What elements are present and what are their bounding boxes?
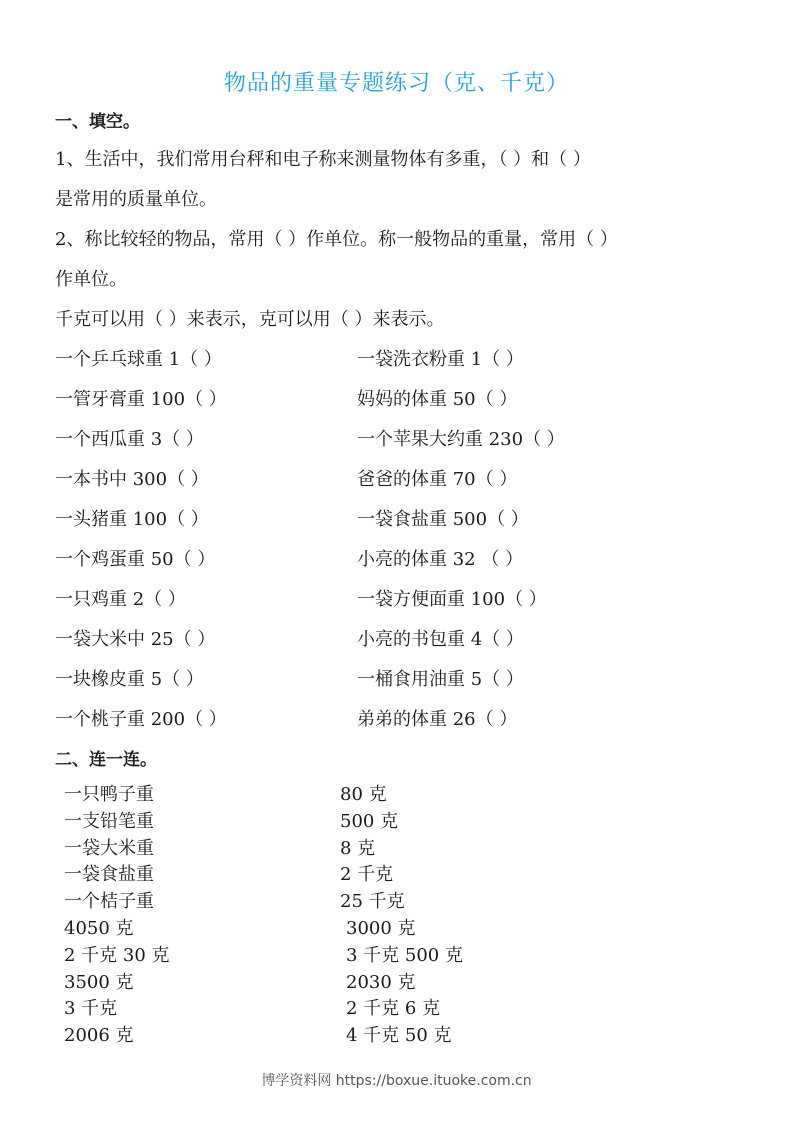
fill-item-left: 一本书中 300（ ）	[55, 468, 209, 492]
match-left-item: 3 千克	[64, 998, 117, 1020]
fill-item-left: 一袋大米中 25（ ）	[55, 628, 215, 652]
fill-item-right: 一桶食用油重 5（ ）	[357, 668, 524, 692]
fill-item-left: 一块橡皮重 5（ ）	[55, 668, 204, 692]
question-1-line-1: 1、生活中，我们常用台秤和电子称来测量物体有多重，（ ）和（ ）	[55, 148, 591, 172]
footer-source: 博学资料网 https://boxue.ituoke.com.cn	[0, 1070, 793, 1090]
match-left-item: 一支铅笔重	[64, 811, 154, 833]
fill-item-left: 一管牙膏重 100（ ）	[55, 388, 227, 412]
match-right-item: 8 克	[340, 838, 375, 860]
fill-item-right: 一袋方便面重 100（ ）	[357, 588, 547, 612]
match-right-item: 25 千克	[340, 891, 405, 913]
match-right-item: 3000 克	[346, 918, 416, 940]
question-3: 千克可以用（ ）来表示，克可以用（ ）来表示。	[55, 308, 444, 332]
fill-item-left: 一个鸡蛋重 50（ ）	[55, 548, 215, 572]
match-right-item: 500 克	[340, 811, 398, 833]
page-title: 物品的重量专题练习（克、千克）	[0, 66, 793, 97]
match-right-item: 2 千克 6 克	[346, 998, 440, 1020]
fill-item-right: 一个苹果大约重 230（ ）	[357, 428, 565, 452]
fill-item-left: 一只鸡重 2（ ）	[55, 588, 186, 612]
match-right-item: 3 千克 500 克	[346, 945, 463, 967]
fill-item-left: 一个乒乓球重 1（ ）	[55, 348, 222, 372]
match-left-item: 3500 克	[64, 972, 134, 994]
fill-item-right: 弟弟的体重 26（ ）	[357, 708, 517, 732]
match-left-item: 2006 克	[64, 1025, 134, 1047]
fill-item-right: 一袋洗衣粉重 1（ ）	[357, 348, 524, 372]
question-2-line-1: 2、称比较轻的物品，常用（ ）作单位。称一般物品的重量，常用（ ）	[55, 228, 618, 252]
match-left-item: 一个桔子重	[64, 891, 154, 913]
fill-item-right: 小亮的书包重 4（ ）	[357, 628, 524, 652]
match-right-item: 80 克	[340, 784, 387, 806]
match-left-item: 一袋大米重	[64, 838, 154, 860]
match-left-item: 一只鸭子重	[64, 784, 154, 806]
fill-item-right: 小亮的体重 32 （ ）	[357, 548, 523, 572]
fill-item-right: 妈妈的体重 50（ ）	[357, 388, 517, 412]
fill-item-right: 爸爸的体重 70（ ）	[357, 468, 517, 492]
question-2-line-2: 作单位。	[55, 268, 127, 292]
match-left-item: 2 千克 30 克	[64, 945, 170, 967]
match-right-item: 2030 克	[346, 972, 416, 994]
match-right-item: 4 千克 50 克	[346, 1025, 452, 1047]
fill-item-right: 一袋食盐重 500（ ）	[357, 508, 529, 532]
fill-item-left: 一个桃子重 200（ ）	[55, 708, 227, 732]
fill-item-left: 一个西瓜重 3（ ）	[55, 428, 204, 452]
match-left-item: 一袋食盐重	[64, 864, 154, 886]
question-1-line-2: 是常用的质量单位。	[55, 188, 217, 212]
section-heading-fill-blank: 一、填空。	[55, 110, 140, 134]
match-left-item: 4050 克	[64, 918, 134, 940]
section-heading-matching: 二、连一连。	[55, 748, 157, 772]
fill-item-left: 一头猪重 100（ ）	[55, 508, 209, 532]
match-right-item: 2 千克	[340, 864, 393, 886]
